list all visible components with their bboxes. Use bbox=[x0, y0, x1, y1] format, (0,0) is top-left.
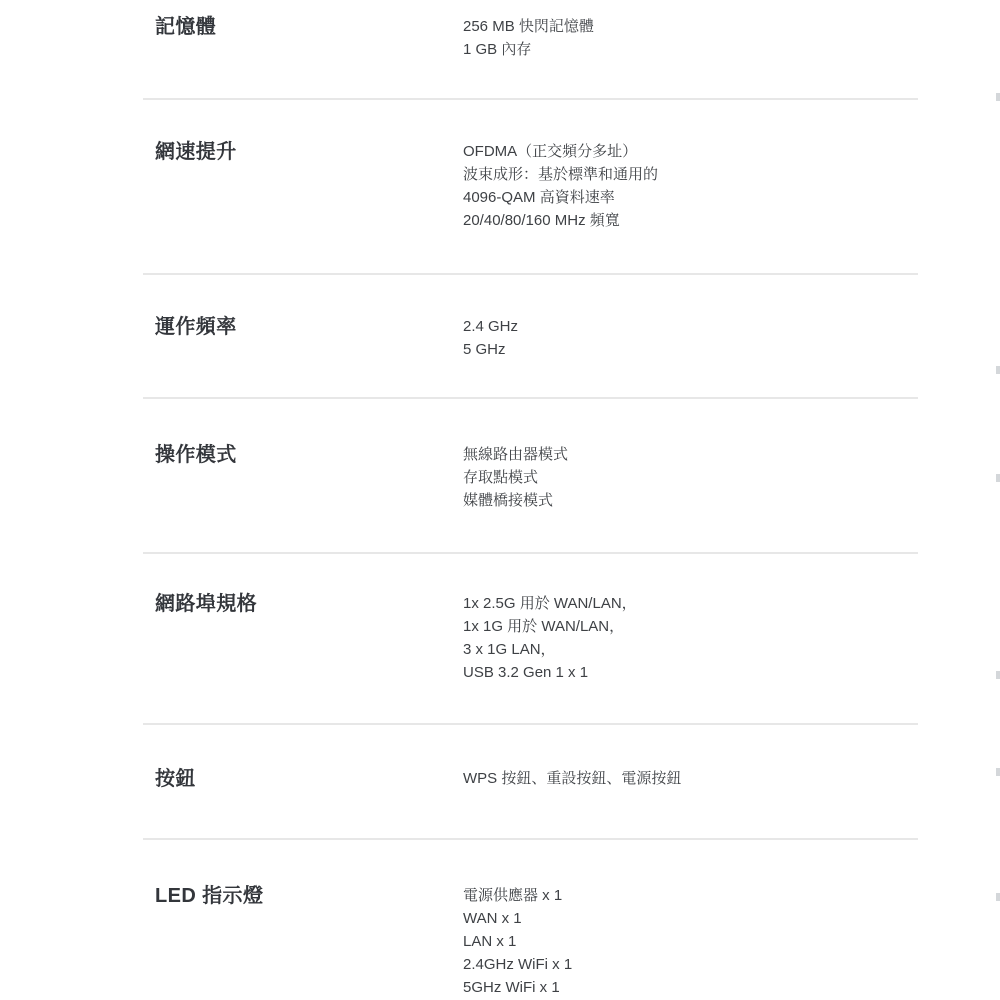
clipped-edge-fragment bbox=[996, 893, 1000, 901]
spec-values: 電源供應器 x 1 WAN x 1 LAN x 1 2.4GHz WiFi x … bbox=[463, 884, 918, 999]
spec-value-line: 2.4 GHz bbox=[463, 315, 918, 338]
spec-label: 操作模式 bbox=[155, 443, 463, 468]
spec-value-line: 5GHz WiFi x 1 bbox=[463, 976, 918, 999]
spec-row-buttons: 按鈕 WPS 按鈕、重設按鈕、電源按鈕 bbox=[143, 725, 918, 840]
spec-value-line: 電源供應器 x 1 bbox=[463, 884, 918, 907]
spec-values: 無線路由器模式 存取點模式 媒體橋接模式 bbox=[463, 443, 918, 512]
spec-value-line: 存取點模式 bbox=[463, 466, 918, 489]
spec-values: OFDMA（正交頻分多址） 波束成形：基於標準和通用的 4096-QAM 高資料… bbox=[463, 140, 918, 232]
spec-values: WPS 按鈕、重設按鈕、電源按鈕 bbox=[463, 767, 918, 790]
clipped-edge-fragment bbox=[996, 768, 1000, 776]
spec-value-line: WPS 按鈕、重設按鈕、電源按鈕 bbox=[463, 767, 918, 790]
spec-row-network-ports: 網路埠規格 1x 2.5G 用於 WAN/LAN， 1x 1G 用於 WAN/L… bbox=[143, 554, 918, 725]
clipped-edge-fragment bbox=[996, 93, 1000, 101]
spec-value-line: 5 GHz bbox=[463, 338, 918, 361]
spec-values: 2.4 GHz 5 GHz bbox=[463, 315, 918, 361]
spec-value-line: 波束成形：基於標準和通用的 bbox=[463, 163, 918, 186]
spec-value-line: 256 MB 快閃記憶體 bbox=[463, 15, 918, 38]
spec-value-line: 4096-QAM 高資料速率 bbox=[463, 186, 918, 209]
clipped-edge-fragment bbox=[996, 474, 1000, 482]
spec-row-speed-boost: 網速提升 OFDMA（正交頻分多址） 波束成形：基於標準和通用的 4096-QA… bbox=[143, 100, 918, 275]
clipped-edge-fragment bbox=[996, 366, 1000, 374]
spec-value-line: 無線路由器模式 bbox=[463, 443, 918, 466]
spec-value-line: 1x 1G 用於 WAN/LAN， bbox=[463, 615, 918, 638]
spec-value-line: 2.4GHz WiFi x 1 bbox=[463, 953, 918, 976]
spec-table: 記憶體 256 MB 快閃記憶體 1 GB 內存 網速提升 OFDMA（正交頻分… bbox=[143, 0, 918, 1000]
spec-value-line: 3 x 1G LAN， bbox=[463, 638, 918, 661]
spec-label: 網速提升 bbox=[155, 140, 463, 165]
spec-value-line: 1x 2.5G 用於 WAN/LAN， bbox=[463, 592, 918, 615]
spec-value-line: 20/40/80/160 MHz 頻寬 bbox=[463, 209, 918, 232]
spec-label: 網路埠規格 bbox=[155, 592, 463, 617]
spec-row-memory: 記憶體 256 MB 快閃記憶體 1 GB 內存 bbox=[143, 0, 918, 100]
spec-value-line: WAN x 1 bbox=[463, 907, 918, 930]
spec-value-line: USB 3.2 Gen 1 x 1 bbox=[463, 661, 918, 684]
spec-row-operation-mode: 操作模式 無線路由器模式 存取點模式 媒體橋接模式 bbox=[143, 399, 918, 554]
spec-label: 記憶體 bbox=[155, 15, 463, 40]
spec-values: 1x 2.5G 用於 WAN/LAN， 1x 1G 用於 WAN/LAN， 3 … bbox=[463, 592, 918, 684]
spec-row-operating-frequency: 運作頻率 2.4 GHz 5 GHz bbox=[143, 275, 918, 399]
clipped-edge-fragment bbox=[996, 671, 1000, 679]
spec-label: LED 指示燈 bbox=[155, 884, 463, 909]
spec-value-line: LAN x 1 bbox=[463, 930, 918, 953]
spec-row-led-indicators: LED 指示燈 電源供應器 x 1 WAN x 1 LAN x 1 2.4GHz… bbox=[143, 840, 918, 1000]
spec-value-line: OFDMA（正交頻分多址） bbox=[463, 140, 918, 163]
spec-values: 256 MB 快閃記憶體 1 GB 內存 bbox=[463, 15, 918, 61]
spec-label: 運作頻率 bbox=[155, 315, 463, 340]
spec-value-line: 媒體橋接模式 bbox=[463, 489, 918, 512]
spec-value-line: 1 GB 內存 bbox=[463, 38, 918, 61]
spec-label: 按鈕 bbox=[155, 767, 463, 792]
